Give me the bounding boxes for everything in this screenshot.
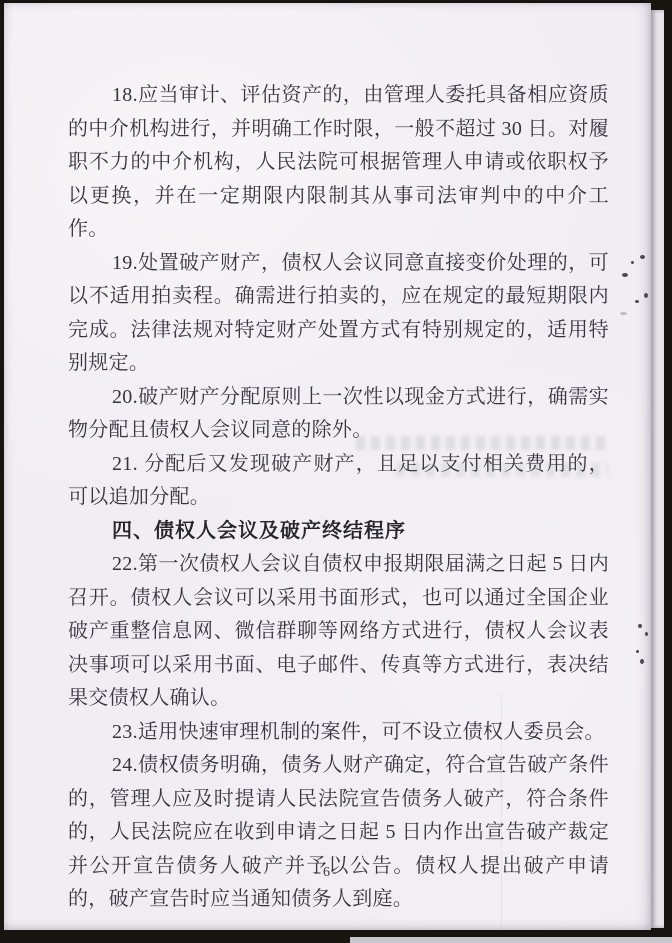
paragraph-24: 24.债权债务明确，债务人财产确定，符合宣告破产条件的，管理人应及时提请人民法院… <box>68 749 609 917</box>
scanned-document: 18.应当审计、评估资产的，由管理人委托具备相应资质的中介机构进行，并明确工作时… <box>0 0 672 943</box>
scan-speck <box>640 255 645 259</box>
paragraph-19: 19.处置破产财产，债权人会议同意直接变价处理的，可以不适用拍卖程。确需进行拍卖… <box>68 247 609 381</box>
scan-speck <box>636 650 639 653</box>
section-heading-4: 四、债权人会议及破产终结程序 <box>68 515 609 549</box>
scan-speck <box>638 624 642 628</box>
scan-speck <box>635 300 639 303</box>
scan-speck <box>644 293 648 298</box>
page-body-text: 18.应当审计、评估资产的，由管理人委托具备相应资质的中介机构进行，并明确工作时… <box>68 79 609 917</box>
scan-speck <box>631 261 634 264</box>
scan-speck <box>622 273 628 277</box>
paragraph-18: 18.应当审计、评估资产的，由管理人委托具备相应资质的中介机构进行，并明确工作时… <box>68 79 609 247</box>
paragraph-23: 23.适用快速审理机制的案件，可不设立债权人委员会。 <box>68 716 609 750</box>
document-page: 18.应当审计、评估资产的，由管理人委托具备相应资质的中介机构进行，并明确工作时… <box>4 3 651 930</box>
paper-crease <box>501 693 502 931</box>
scan-speck <box>645 632 648 636</box>
page-number: -6- <box>4 865 651 881</box>
paragraph-20: 20.破产财产分配原则上一次性以现金方式进行，确需实物分配且债权人会议同意的除外… <box>68 381 609 448</box>
underlying-page-edge <box>651 10 664 928</box>
paragraph-22: 22.第一次债权人会议自债权申报期限届满之日起 5 日内召开。债权人会议可以采用… <box>68 548 609 716</box>
scanner-bed-edge <box>350 937 672 943</box>
scan-speck <box>640 659 644 664</box>
paragraph-21: 21. 分配后又发现破产财产，且足以支付相关费用的，可以追加分配。 <box>68 448 609 515</box>
scan-speck <box>620 312 627 315</box>
